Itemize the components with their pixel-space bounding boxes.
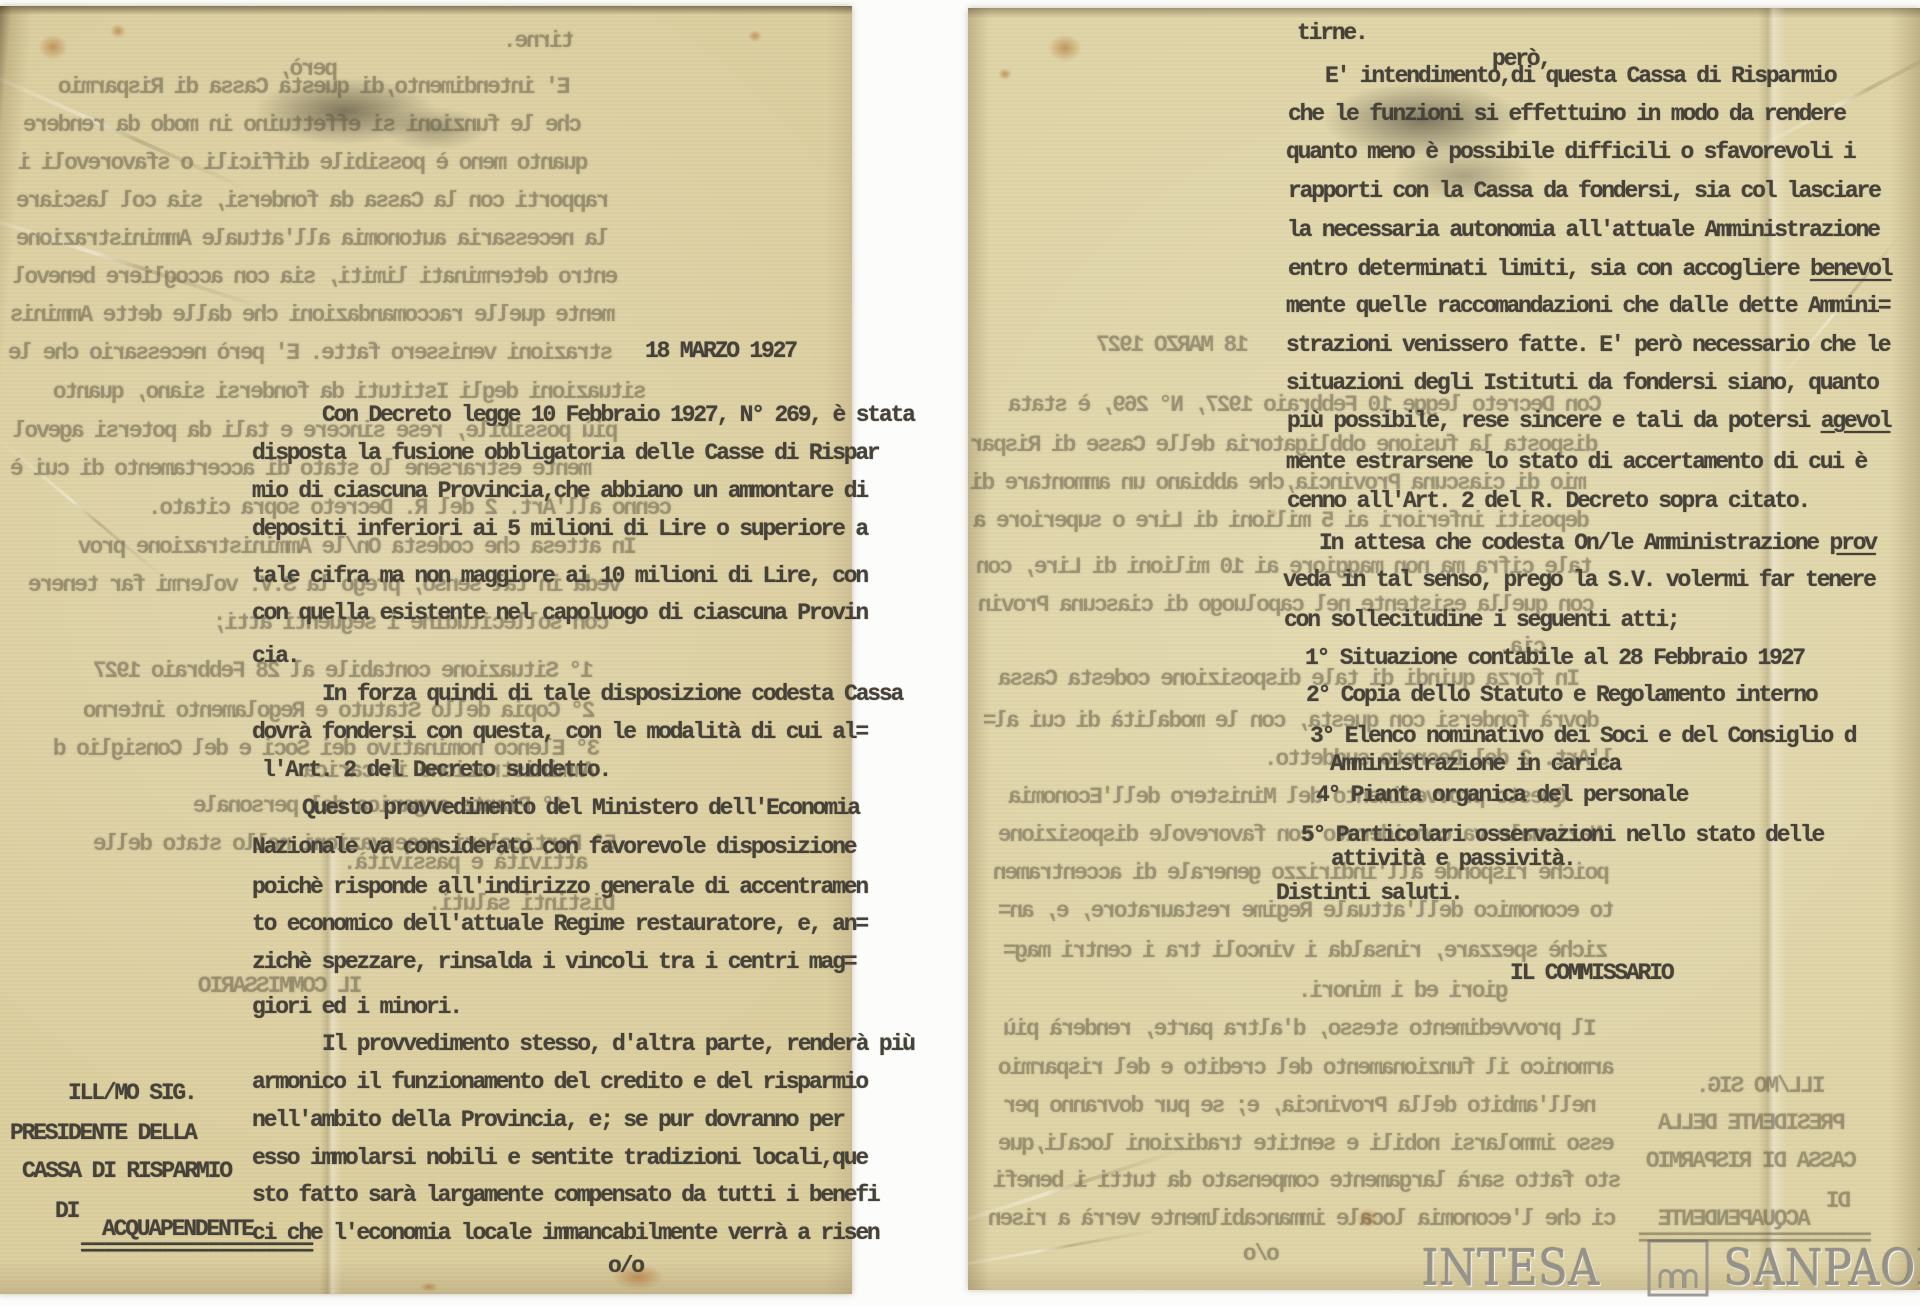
typed-line: zichè spezzare, rinsalda i vincoli tra i… <box>252 951 855 974</box>
bleed-through-line: la necessaria autonomia all'attuale Ammi… <box>18 228 610 251</box>
bleed-through-line: 18 MARZO 1927 <box>1098 334 1249 357</box>
recipient-address-line: DI <box>55 1200 78 1223</box>
crease-line <box>968 1229 1157 1270</box>
typed-line: Nazionale va considerato con favorevole … <box>252 836 855 859</box>
typed-line: l'Art. 2 del Decreto suddetto. <box>262 759 610 782</box>
recipient-address-line: CASSA DI RISPARMIO <box>22 1160 231 1183</box>
typed-line: con quella esistente nel capoluogo di ci… <box>252 602 867 625</box>
typed-line: giori ed i minori. <box>252 996 461 1019</box>
fox-spot <box>110 24 126 38</box>
typed-line: quanto meno è possibile difficili o sfav… <box>1286 141 1855 164</box>
typed-line: rapporti con la Cassa da fondersi, sia c… <box>1288 180 1880 203</box>
typed-line: cia. <box>252 645 298 668</box>
typed-line: Amministrazione in carica <box>1330 753 1620 776</box>
typed-line: entro determinati limiti, sia con accogl… <box>1288 258 1891 281</box>
typed-line: più possibile, rese sincere e tali da po… <box>1287 410 1890 433</box>
recipient-address-line: PRESIDENTE DELLA <box>10 1122 196 1145</box>
bleed-through-line: esso immolarsi nobili e sentite tradizio… <box>1000 1133 1615 1156</box>
bleed-through-line: entro determinati limiti, sia con accogl… <box>15 266 618 289</box>
watermark-word-intesa: INTESA <box>1422 1243 1600 1293</box>
bleed-through-line: rapporti con la Cassa da fondersi, sia c… <box>18 190 610 213</box>
bleed-through-line: o/o <box>1245 1243 1280 1266</box>
typed-line: 1° Situazione contabile al 28 Febbraio 1… <box>1305 647 1804 670</box>
typed-line: 4° Pianta organica del personale <box>1316 784 1687 807</box>
fox-spot <box>38 34 68 60</box>
typed-line: disposta la fusione obbligatoria delle C… <box>252 442 879 465</box>
typed-line: Distinti saluti. <box>1276 882 1462 905</box>
typed-line: ci che l'economia locale immancabilmente… <box>252 1222 879 1245</box>
recipient-address-line: ILL/MO SIG. <box>68 1082 196 1105</box>
bleed-through-line: Il provvedimento stesso, d'altra parte, … <box>1005 1018 1597 1041</box>
typed-line: mente quelle raccomandazioni che dalle d… <box>1286 295 1889 318</box>
bleed-through-line: ==================== <box>1640 1228 1872 1251</box>
bleed-through-line: CASSA DI RISPARMIO <box>1648 1150 1857 1173</box>
bleed-through-line: armonico il funzionamento del credito e … <box>1000 1057 1615 1080</box>
typed-line: Questo provvedimento del Ministero dell'… <box>302 797 859 820</box>
bleed-through-line: mente quelle raccomandazioni che dalle d… <box>12 304 615 327</box>
typed-line: 5° Particolari osservazioni nello stato … <box>1301 824 1823 847</box>
bleed-through-line: che le funzioni si effettuino in modo da… <box>25 114 582 137</box>
typed-line: tirne. <box>1297 22 1367 45</box>
typed-line: to economico dell'attuale Regime restaur… <box>252 913 867 936</box>
bleed-through-line: giori ed i minori. <box>1300 980 1509 1003</box>
typed-line: mente estrarsene lo stato di accertament… <box>1286 451 1866 474</box>
bleed-through-line: ILL/MO SIG. <box>1698 1075 1826 1098</box>
bleed-through-line: sto fatto sarà largamente compensato da … <box>995 1170 1622 1193</box>
typed-line: Il provvedimento stesso, d'altra parte, … <box>322 1033 914 1056</box>
bleed-through-line: situazioni degli Istituti da fondersi si… <box>55 381 647 404</box>
typed-line: In attesa che codesta On/le Amministrazi… <box>1319 532 1876 555</box>
typed-line: attività e passività. <box>1331 848 1575 871</box>
typed-line: sto fatto sarà largamente compensato da … <box>252 1184 879 1207</box>
crease-line <box>0 204 272 313</box>
typed-line: o/o <box>608 1255 643 1278</box>
fox-spot <box>998 68 1012 80</box>
bleed-through-line: 1° Situazione contabile al 28 Febbraio 1… <box>95 660 594 683</box>
typed-line: In forza quindi di tale disposizione cod… <box>322 683 902 706</box>
typed-line: che le funzioni si effettuino in modo da… <box>1288 103 1845 126</box>
recipient-address-line: ==================== <box>80 1238 312 1261</box>
typed-line: cenno all'Art. 2 del R. Decreto sopra ci… <box>1287 490 1809 513</box>
bleed-through-line: strazioni venissero fatte. E' però neces… <box>10 342 613 365</box>
bleed-through-line: DI <box>1828 1190 1851 1213</box>
fox-spot <box>748 30 762 42</box>
bleed-through-line: nell'ambito della Provincia, e; se pur d… <box>1005 1095 1597 1118</box>
typed-line: 2° Copia dello Statuto e Regolamento int… <box>1306 684 1817 707</box>
typed-line: Con Decreto legge 10 Febbraio 1927, N° 2… <box>322 404 914 427</box>
bleed-through-line: quanto meno è possibile difficili o sfav… <box>20 152 589 175</box>
typed-line: situazioni degli Istituti da fondersi si… <box>1286 372 1878 395</box>
bleed-through-line: PRESIDENTE DELLA <box>1660 1112 1846 1135</box>
typed-line: E' intendimento,di questa Cassa di Rispa… <box>1325 65 1836 88</box>
typed-line: 18 MARZO 1927 <box>645 340 796 363</box>
bleed-through-line: ci che l'economia locale immancabilmente… <box>990 1208 1617 1231</box>
typed-line: mio di ciascuna Provincia,che abbiano un… <box>252 480 867 503</box>
typed-line: dovrà fondersi con questa, con le modali… <box>252 721 867 744</box>
typed-line: nell'ambito della Provincia, e; se pur d… <box>252 1109 844 1132</box>
typed-line: la necessaria autonomia all'attuale Ammi… <box>1287 219 1879 242</box>
typed-line: depositi inferiori ai 5 milioni di Lire … <box>252 518 867 541</box>
typed-line: con sollecitudine i seguenti atti; <box>1284 609 1678 632</box>
fox-spot <box>420 1282 438 1292</box>
typed-line: poichè risponde all'indirizzo generale d… <box>252 876 867 899</box>
typed-line: tale cifra ma non maggiore ai 10 milioni… <box>252 565 867 588</box>
typed-line: veda in tal senso, prego la S.V. volermi… <box>1283 569 1875 592</box>
typed-line: 3° Elenco nominativo dei Soci e del Cons… <box>1310 725 1855 748</box>
bleed-through-line: tirne. <box>505 30 575 53</box>
document-scan: INTESA SANPAOLO tirne.però,E' intendimen… <box>0 0 1920 1306</box>
bleed-through-line: E' intendimento,di questa Cassa di Rispa… <box>60 76 571 99</box>
typed-line: strazioni venissero fatte. E' però neces… <box>1286 334 1889 357</box>
typed-line: armonico il funzionamento del credito e … <box>252 1071 867 1094</box>
fox-spot <box>1048 34 1082 62</box>
typed-line: esso immolarsi nobili e sentite tradizio… <box>252 1147 867 1170</box>
typed-line: IL COMMISSARIO <box>1510 962 1672 985</box>
